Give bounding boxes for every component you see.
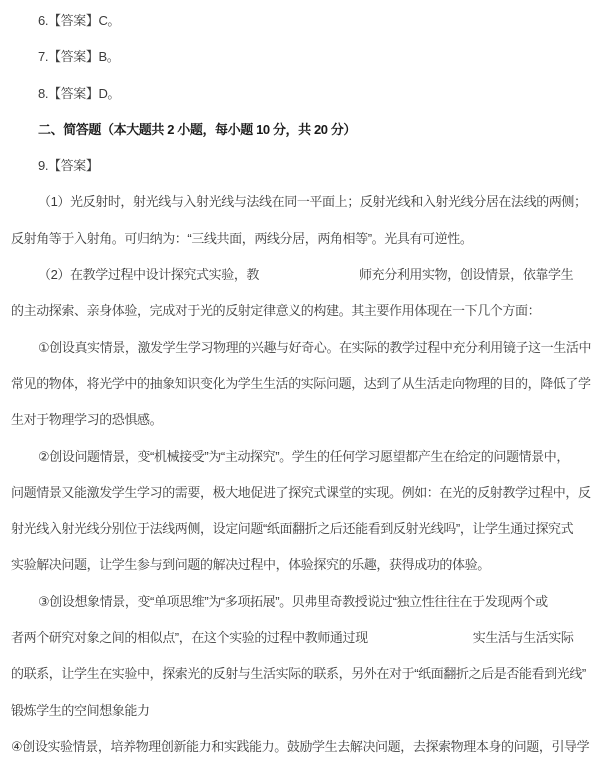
text-segment: 锻炼学生的空间想象能力 (11, 703, 150, 718)
q9-part2-line-2: 的主动探索、亲身体验，完成对于光的反射定律意义的构建。其主要作用体现在一下几个方… (0, 293, 600, 329)
text-segment: 生对于物理学习的恐惧感。 (11, 412, 162, 427)
q9-point3-line-2: 者两个研究对象之间的相似点”，在这个实验的过程中教师通过现实生活与生活实际 (0, 620, 600, 656)
text-segment: 7.【答案】B。 (38, 49, 119, 64)
text-segment: 射光线入射光线分别位于法线两侧，设定问题“纸面翻折之后还能看到反射光线吗”，让学… (11, 521, 573, 536)
text-segment: 8.【答案】D。 (38, 86, 120, 101)
text-segment: 9.【答案】 (38, 158, 98, 173)
text-segment: 师充分利用实物，创设情景，依靠学生 (359, 267, 573, 282)
text-segment: （1）光反射时，射光线与入射光线与法线在同一平面上；反射光线和入射光线分居在法线… (38, 194, 587, 209)
q9-point2-line-2: 问题情景又能激发学生学习的需要，极大地促进了探究式课堂的实现。例如：在光的反射教… (0, 475, 600, 511)
q9-point4-line-1: ④创设实验情景，培养物理创新能力和实践能力。鼓励学生去解决问题，去探索物理本身的… (0, 729, 600, 765)
text-segment: 实生活与生活实际 (473, 630, 574, 645)
text-segment: 二、简答题（本大题共 2 小题，每小题 10 分，共 20 分） (38, 122, 356, 137)
question-9-answer-label: 9.【答案】 (0, 148, 600, 184)
text-segment: 问题情景又能激发学生学习的需要，极大地促进了探究式课堂的实现。例如：在光的反射教… (11, 485, 591, 500)
blank-gap (259, 275, 359, 276)
text-segment: 的联系，让学生在实验中，探索光的反射与生活实际的联系，另外在对于“纸面翻折之后是… (11, 666, 586, 681)
q9-point2-line-3: 射光线入射光线分别位于法线两侧，设定问题“纸面翻折之后还能看到反射光线吗”，让学… (0, 511, 600, 547)
q9-part2-line-1: （2）在教学过程中设计探究式实验，教师充分利用实物，创设情景，依靠学生 (0, 257, 600, 293)
text-segment: 实验解决问题，让学生参与到问题的解决过程中，体验探究的乐趣，获得成功的体验。 (11, 557, 490, 572)
text-segment: （2）在教学过程中设计探究式实验，教 (38, 267, 259, 282)
q9-point1-line-1: ①创设真实情景，激发学生学习物理的兴趣与好奇心。在实际的教学过程中充分利用镜子这… (0, 330, 600, 366)
text-segment: ③创设想象情景，变“单项思维”为“多项拓展”。贝弗里奇教授说过“独立性往往在于发… (38, 594, 548, 609)
q9-point1-line-3: 生对于物理学习的恐惧感。 (0, 402, 600, 438)
text-segment: 的主动探索、亲身体验，完成对于光的反射定律意义的构建。其主要作用体现在一下几个方… (11, 303, 540, 318)
text-segment: ②创设问题情景，变“机械接受”为“主动探究”。学生的任何学习愿望都产生在给定的问… (38, 449, 569, 464)
q9-point1-line-2: 常见的物体，将光学中的抽象知识变化为学生生活的实际问题，达到了从生活走向物理的目… (0, 366, 600, 402)
q9-point2-line-1: ②创设问题情景，变“机械接受”为“主动探究”。学生的任何学习愿望都产生在给定的问… (0, 439, 600, 475)
answer-document-page: 6.【答案】C。7.【答案】B。8.【答案】D。二、简答题（本大题共 2 小题，… (0, 0, 600, 774)
text-segment: 6.【答案】C。 (38, 13, 120, 28)
choice-answer-8: 8.【答案】D。 (0, 76, 600, 112)
text-segment: 者两个研究对象之间的相似点”，在这个实验的过程中教师通过现 (11, 630, 368, 645)
section-2-heading: 二、简答题（本大题共 2 小题，每小题 10 分，共 20 分） (0, 112, 600, 148)
q9-point2-line-4: 实验解决问题，让学生参与到问题的解决过程中，体验探究的乐趣，获得成功的体验。 (0, 547, 600, 583)
q9-part1-line-1: （1）光反射时，射光线与入射光线与法线在同一平面上；反射光线和入射光线分居在法线… (0, 184, 600, 220)
q9-point3-line-3: 的联系，让学生在实验中，探索光的反射与生活实际的联系，另外在对于“纸面翻折之后是… (0, 656, 600, 692)
blank-gap (368, 638, 473, 639)
q9-part1-line-2: 反射角等于入射角。可归纳为：“三线共面，两线分居，两角相等”。光具有可逆性。 (0, 221, 600, 257)
text-segment: 反射角等于入射角。可归纳为：“三线共面，两线分居，两角相等”。光具有可逆性。 (11, 231, 472, 246)
q9-point3-line-4: 锻炼学生的空间想象能力 (0, 693, 600, 729)
text-segment: ④创设实验情景，培养物理创新能力和实践能力。鼓励学生去解决问题，去探索物理本身的… (11, 739, 589, 754)
answer-document-body: 6.【答案】C。7.【答案】B。8.【答案】D。二、简答题（本大题共 2 小题，… (0, 0, 600, 765)
choice-answer-6: 6.【答案】C。 (0, 3, 600, 39)
choice-answer-7: 7.【答案】B。 (0, 39, 600, 75)
text-segment: 常见的物体，将光学中的抽象知识变化为学生生活的实际问题，达到了从生活走向物理的目… (11, 376, 591, 391)
text-segment: ①创设真实情景，激发学生学习物理的兴趣与好奇心。在实际的教学过程中充分利用镜子这… (38, 340, 591, 355)
q9-point3-line-1: ③创设想象情景，变“单项思维”为“多项拓展”。贝弗里奇教授说过“独立性往往在于发… (0, 584, 600, 620)
